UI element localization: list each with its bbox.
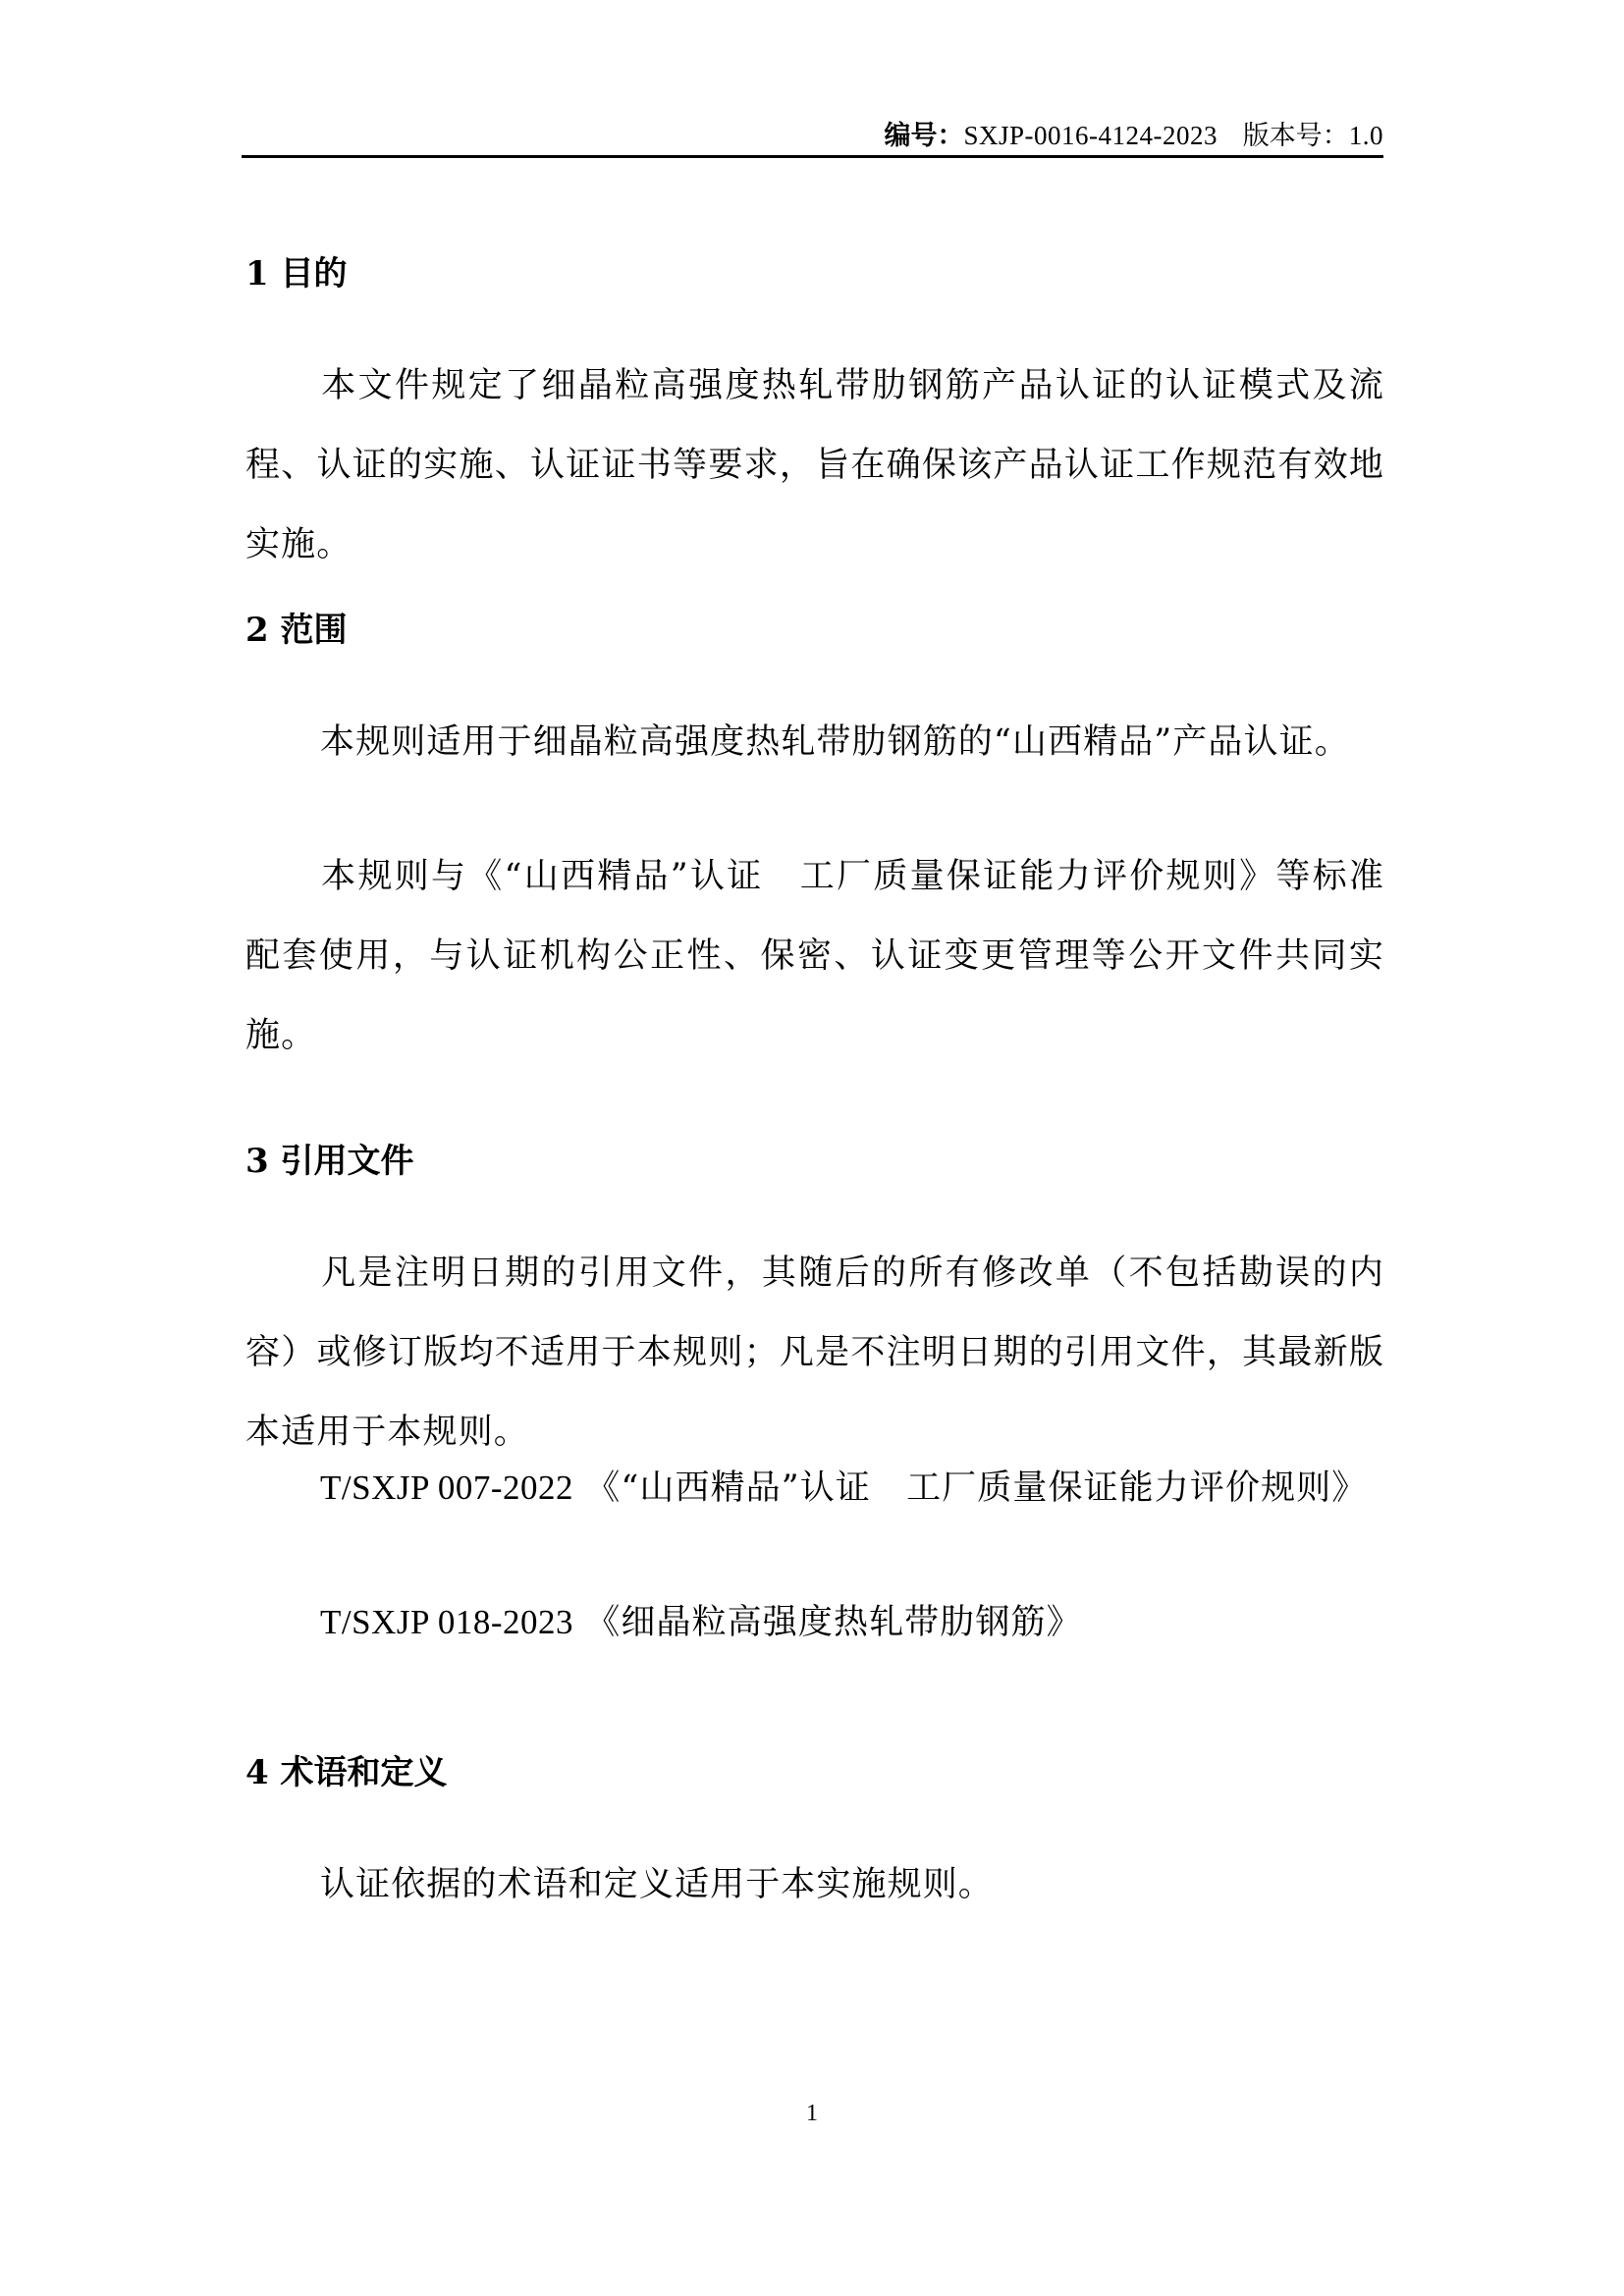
section-heading-references: 3 引用文件: [245, 1142, 414, 1181]
section-paragraph-terms: 认证依据的术语和定义适用于本实施规则。: [245, 1845, 1384, 1925]
version-number: 1.0: [1349, 121, 1383, 150]
header-divider: [242, 155, 1383, 158]
section-paragraph-scope-2: 本规则与《“山西精品”认证 工厂质量保证能力评价规则》等标准配套使用，与认证机构…: [245, 837, 1384, 1076]
code-label: 编号：: [884, 121, 963, 151]
reference-code: T/SXJP 007-2022: [320, 1468, 573, 1507]
document-header: 编号：SXJP-0016-4124-2023 版本号：1.0: [242, 116, 1383, 155]
document-page: 编号：SXJP-0016-4124-2023 版本号：1.0 1 目的 本文件规…: [0, 0, 1624, 2296]
section-paragraph-purpose: 本文件规定了细晶粒高强度热轧带肋钢筋产品认证的认证模式及流程、认证的实施、认证证…: [245, 347, 1384, 585]
reference-code: T/SXJP 018-2023: [320, 1603, 573, 1641]
version-label: 版本号：: [1243, 121, 1349, 151]
section-heading-purpose: 1 目的: [245, 254, 348, 294]
section-heading-terms: 4 术语和定义: [245, 1753, 448, 1792]
document-code: SXJP-0016-4124-2023: [963, 121, 1218, 150]
section-heading-scope: 2 范围: [245, 611, 348, 650]
section-paragraph-references: 凡是注明日期的引用文件，其随后的所有修改单（不包括勘误的内容）或修订版均不适用于…: [245, 1234, 1384, 1472]
section-paragraph-scope-1: 本规则适用于细晶粒高强度热轧带肋钢筋的“山西精品”产品认证。: [245, 703, 1384, 782]
page-number: 1: [0, 2101, 1624, 2127]
reference-title: 《细晶粒高强度热轧带肋钢筋》: [585, 1603, 1081, 1642]
reference-title: 《“山西精品”认证 工厂质量保证能力评价规则》: [585, 1468, 1367, 1508]
reference-item-1: T/SXJP 007-2022 《“山西精品”认证 工厂质量保证能力评价规则》: [245, 1448, 1384, 1528]
reference-item-2: T/SXJP 018-2023 《细晶粒高强度热轧带肋钢筋》: [245, 1582, 1384, 1663]
